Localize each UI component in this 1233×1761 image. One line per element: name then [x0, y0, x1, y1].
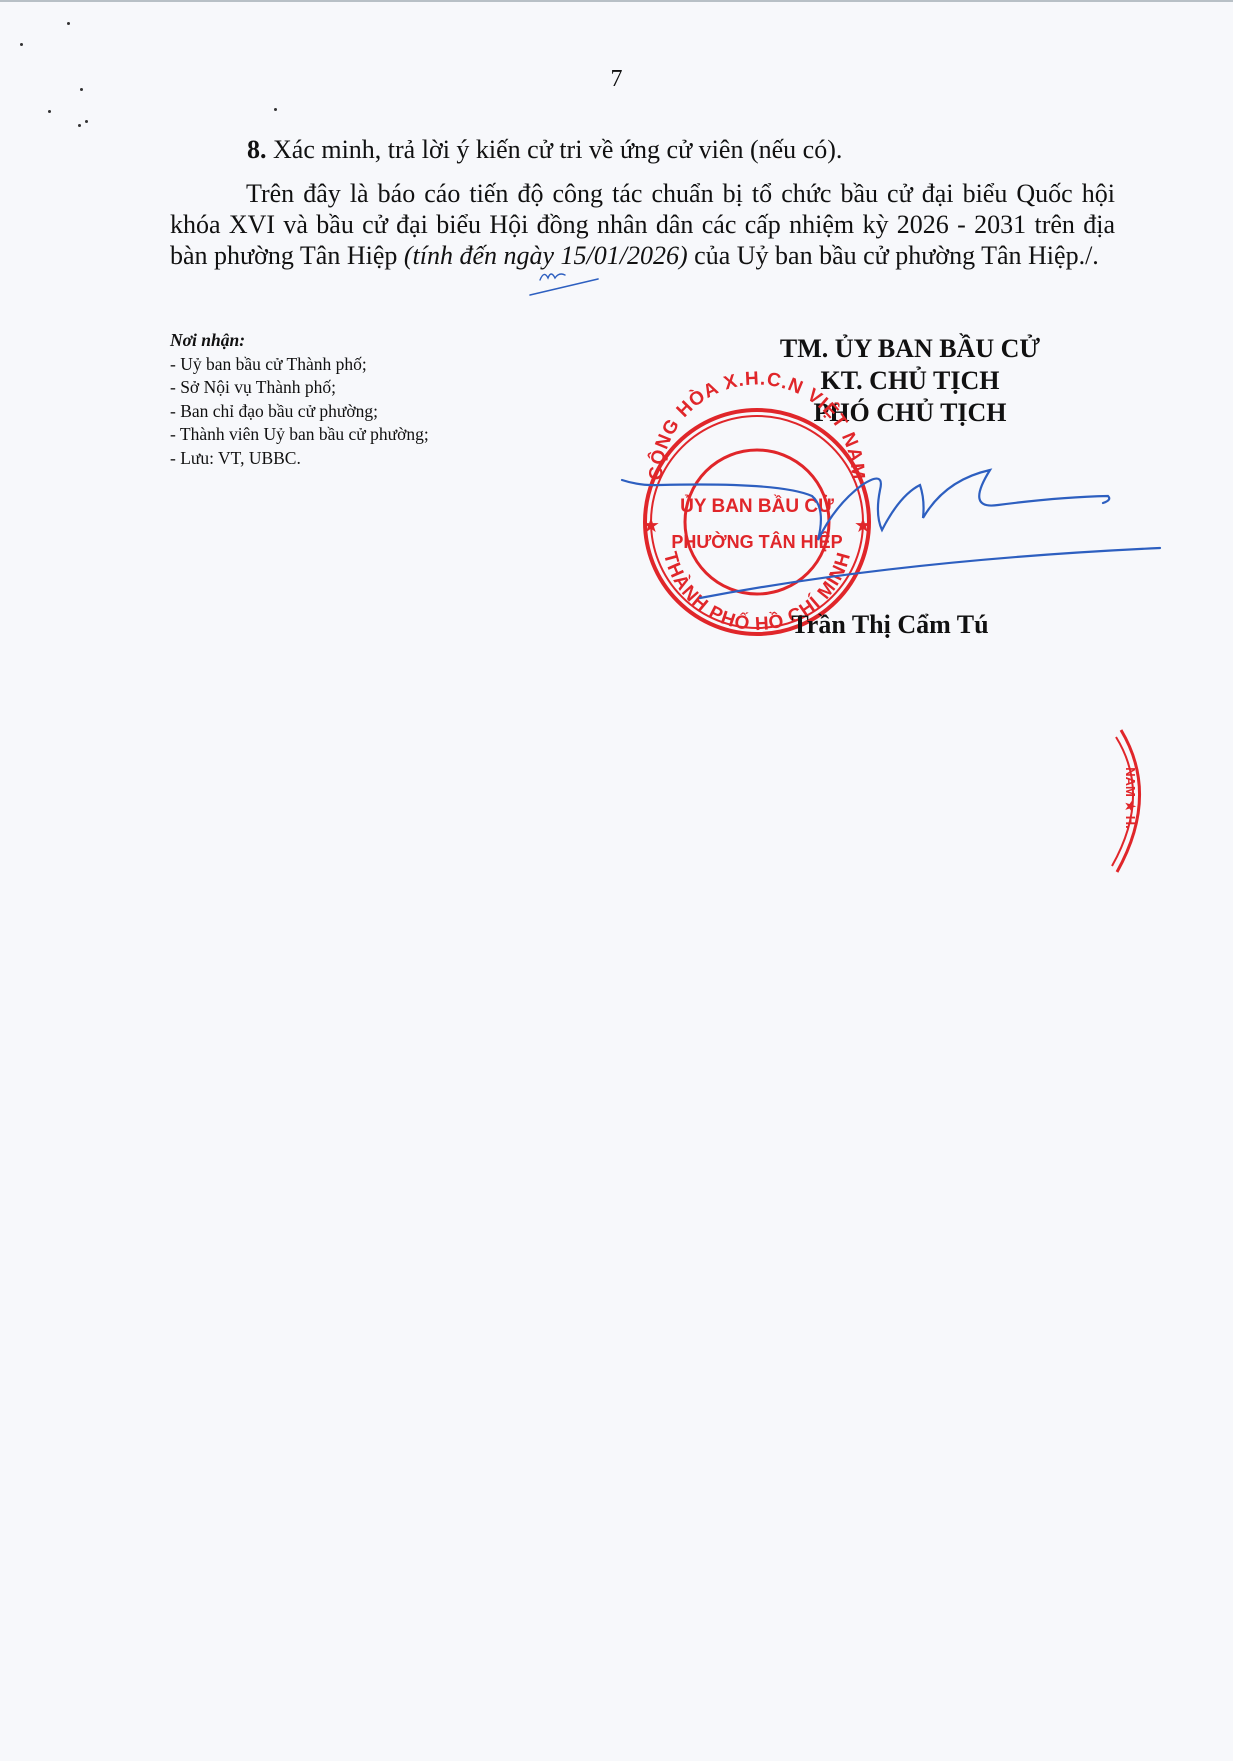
official-seal-icon: CỘNG HÒA X.H.C.N VIỆT NAM THÀNH PHỐ HỒ C…: [642, 368, 872, 635]
svg-text:ỦY BAN BẦU CỬ: ỦY BAN BẦU CỬ: [680, 495, 834, 517]
svg-text:NAM ★ H.: NAM ★ H.: [1123, 767, 1138, 828]
svg-text:★: ★: [854, 515, 872, 537]
svg-text:★: ★: [642, 515, 660, 537]
svg-text:PHƯỜNG TÂN HIỆP: PHƯỜNG TÂN HIỆP: [671, 531, 842, 552]
signer-name: Trần Thị Cẩm Tú: [740, 610, 1040, 640]
partial-seal-icon: NAM ★ H.: [1112, 730, 1140, 872]
svg-text:CỘNG HÒA X.H.C.N VIỆT NAM: CỘNG HÒA X.H.C.N VIỆT NAM: [646, 368, 869, 481]
seal-and-signature: CỘNG HÒA X.H.C.N VIỆT NAM THÀNH PHỐ HỒ C…: [0, 0, 1233, 1761]
